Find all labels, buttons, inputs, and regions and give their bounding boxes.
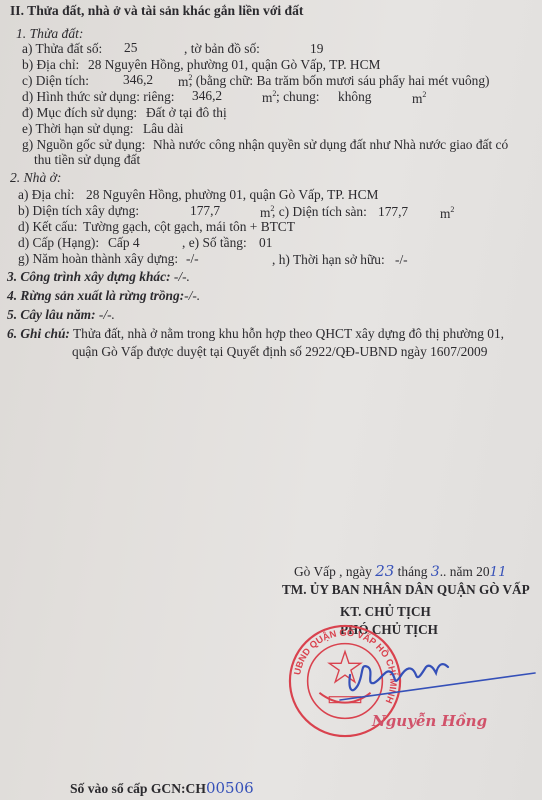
grade-label: d) Cấp (Hạng):: [18, 235, 99, 251]
issue-date: Gò Vấp , ngày 23 tháng 3.. năm 2011: [294, 563, 507, 581]
build-area-label: b) Diện tích xây dựng:: [18, 203, 139, 219]
origin-line2: thu tiền sử dụng đất: [34, 152, 140, 168]
house-address: 28 Nguyên Hồng, phường 01, quận Gò Vấp, …: [86, 187, 378, 203]
origin-line1: Nhà nước công nhận quyền sử dụng đất như…: [153, 137, 508, 153]
year-value: -/-: [186, 251, 199, 267]
ownership-value: -/-: [395, 252, 408, 268]
land-heading: 1. Thửa đất:: [16, 26, 83, 42]
house-address-label: a) Địa chỉ:: [18, 187, 75, 203]
purpose-label: đ) Mục đích sử dụng:: [22, 105, 137, 121]
parcel-number: 25: [124, 40, 137, 56]
construction-row: 3. Công trình xây dựng khác: -/-.: [7, 269, 190, 285]
floors-value: 01: [259, 235, 272, 251]
trees-row: 5. Cây lâu năm: -/-.: [7, 307, 115, 323]
section-title: II. Thửa đất, nhà ở và tài sản khác gắn …: [10, 3, 303, 19]
map-label: , tờ bản đồ số:: [184, 41, 260, 57]
registry-number: Số vào sổ cấp GCN:CH00506: [70, 780, 254, 797]
house-heading: 2. Nhà ở:: [10, 170, 61, 186]
usage-shared: không: [338, 89, 371, 105]
structure-value: Tường gạch, cột gạch, mái tôn + BTCT: [83, 219, 295, 235]
signing-organization: TM. ỦY BAN NHÂN DÂN QUẬN GÒ VẤP: [282, 582, 530, 598]
land-address: 28 Nguyên Hồng, phường 01, quận Gò Vấp, …: [88, 57, 380, 73]
term-value: Lâu dài: [143, 121, 184, 137]
signer-name: Nguyễn Hồng: [372, 712, 487, 730]
usage-shared-label: ; chung:: [276, 89, 320, 105]
usage-shared-unit: m2: [412, 90, 426, 107]
grade-value: Cấp 4: [108, 235, 140, 251]
purpose-value: Đất ở tại đô thị: [146, 105, 227, 121]
usage-private: 346,2: [192, 88, 222, 104]
note-row: 6. Ghi chú: Thửa đất, nhà ở nằm trong kh…: [7, 326, 504, 342]
forest-row: 4. Rừng sản xuất là rừng trồng:-/-.: [7, 288, 200, 304]
ownership-label: , h) Thời hạn sở hữu:: [272, 252, 385, 268]
parcel-label: a) Thửa đất số:: [22, 41, 102, 57]
floor-area-unit: m2: [440, 205, 454, 222]
floor-area-value: 177,7: [378, 204, 408, 220]
signer-role-1: KT. CHỦ TỊCH: [340, 604, 431, 620]
floor-area-label: , c) Diện tích sàn:: [272, 204, 367, 220]
origin-label: g) Nguồn gốc sử dụng:: [22, 137, 145, 153]
year-label: g) Năm hoàn thành xây dựng:: [18, 251, 178, 267]
map-number: 19: [310, 41, 323, 57]
term-label: e) Thời hạn sử dụng:: [22, 121, 134, 137]
land-address-label: b) Địa chỉ:: [22, 57, 79, 73]
structure-label: d) Kết cấu:: [18, 219, 78, 235]
area-value: 346,2: [123, 72, 153, 88]
usage-unit: m2: [262, 89, 276, 106]
note-line2: quận Gò Vấp được duyệt tại Quyết định số…: [72, 344, 487, 360]
floors-label: , e) Số tầng:: [182, 235, 247, 251]
build-area-value: 177,7: [190, 203, 220, 219]
handwritten-signature-icon: [330, 645, 540, 705]
area-label: c) Diện tích:: [22, 73, 89, 89]
area-words: , (bằng chữ: Ba trăm bốn mươi sáu phẩy h…: [189, 73, 490, 89]
certificate-page: II. Thửa đất, nhà ở và tài sản khác gắn …: [0, 0, 542, 800]
usage-form-label: d) Hình thức sử dụng: riêng:: [22, 89, 175, 105]
